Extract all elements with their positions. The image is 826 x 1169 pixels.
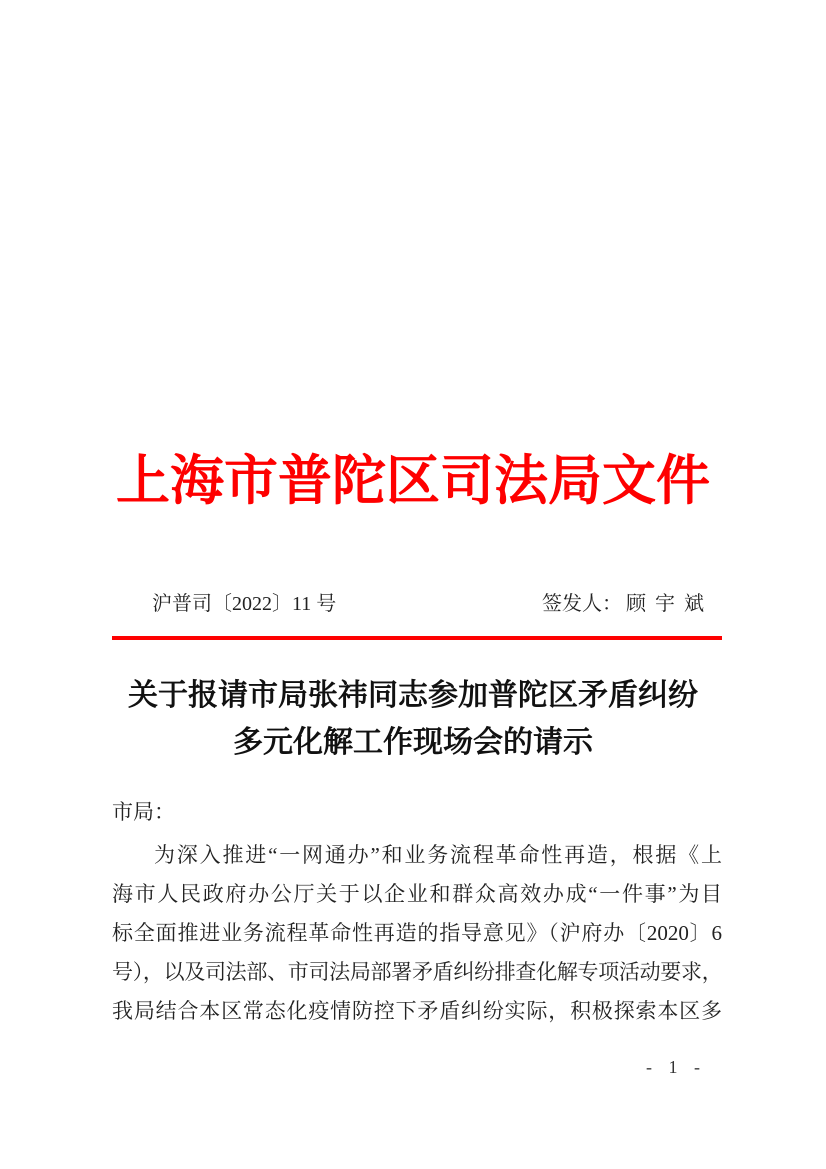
page-number: - 1 - (0, 1056, 826, 1078)
signer-label: 签发人： (542, 593, 622, 615)
body-line: 标全面推进业务流程革命性再造的指导意见》（沪府办〔2020〕6 (112, 914, 722, 953)
document-title: 关于报请市局张祎同志参加普陀区矛盾纠纷 多元化解工作现场会的请示 (0, 672, 826, 766)
body-line: 海市人民政府办公厅关于以企业和群众高效办成“一件事”为目 (112, 875, 722, 914)
body-line: 我局结合本区常态化疫情防控下矛盾纠纷实际，积极探索本区多 (112, 992, 722, 1031)
salutation: 市局： (112, 797, 175, 827)
document-title-line2: 多元化解工作现场会的请示 (0, 719, 826, 766)
signer-name: 顾宇斌 (626, 593, 713, 615)
doc-number: 沪普司〔2022〕11 号 (152, 591, 336, 617)
agency-masthead-title: 上海市普陀区司法局文件 (0, 450, 826, 512)
document-page: 上海市普陀区司法局文件 沪普司〔2022〕11 号 签发人：顾宇斌 关于报请市局… (0, 0, 826, 1169)
doc-info-row: 沪普司〔2022〕11 号 签发人：顾宇斌 (112, 591, 722, 617)
red-divider-rule (112, 636, 722, 640)
body-paragraph: 为深入推进“一网通办”和业务流程革命性再造，根据《上 海市人民政府办公厅关于以企… (112, 836, 722, 1031)
body-line: 号），以及司法部、市司法局部署矛盾纠纷排查化解专项活动要求， (112, 953, 722, 992)
document-title-line1: 关于报请市局张祎同志参加普陀区矛盾纠纷 (0, 672, 826, 719)
signer: 签发人：顾宇斌 (542, 591, 722, 617)
body-line: 为深入推进“一网通办”和业务流程革命性再造，根据《上 (112, 836, 722, 875)
